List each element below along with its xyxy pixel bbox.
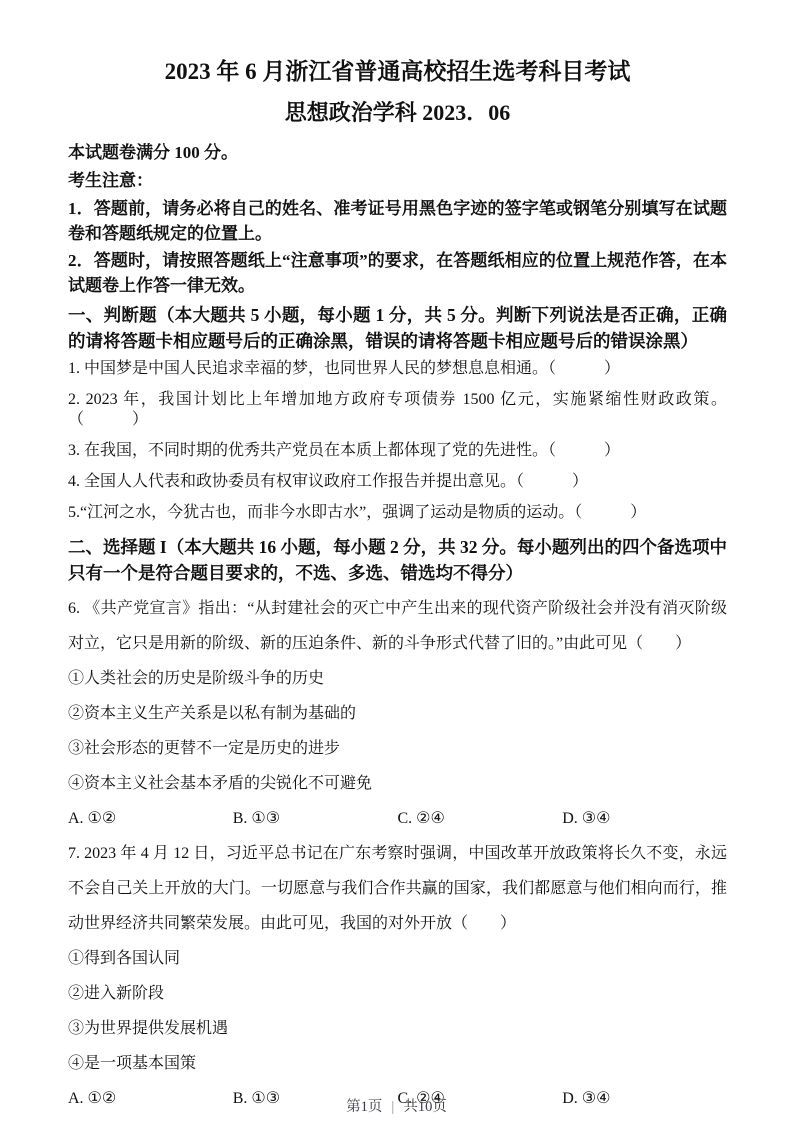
exam-title-line2: 思想政治学科 2023．06 (68, 98, 727, 128)
judgment-question-3: 3. 在我国，不同时期的优秀共产党员在本质上都体现了党的先进性。（ ） (68, 441, 727, 461)
mc-question-6-stem: 6. 《共产党宣言》指出：“从封建社会的灭亡中产生出来的现代资产阶级社会并没有消… (68, 591, 727, 661)
full-score-note: 本试题卷满分 100 分。 (68, 140, 727, 165)
mc-question-7-item-2: ②进入新阶段 (68, 976, 727, 1011)
notice-item-2: 2．答题时，请按照答题纸上“注意事项”的要求，在答题纸相应的位置上规范作答，在本… (68, 248, 727, 298)
choice-section-heading: 二、选择题 I（本大题共 16 小题，每小题 2 分，共 32 分。每小题列出的… (68, 534, 727, 586)
mc-question-6-options: A. ①② B. ①③ C. ②④ D. ③④ (68, 801, 727, 836)
page-number-total: 共10页 (403, 1099, 447, 1115)
mc-question-6-item-4: ④资本主义社会基本矛盾的尖锐化不可避免 (68, 766, 727, 801)
judgment-section-heading: 一、判断题（本大题共 5 小题，每小题 1 分，共 5 分。判断下列说法是否正确… (68, 302, 727, 354)
mc-question-7-item-1: ①得到各国认同 (68, 941, 727, 976)
notice-heading: 考生注意： (68, 168, 727, 193)
judgment-question-5: 5.“江河之水，今犹古也，而非今水即古水”，强调了运动是物质的运动。（ ） (68, 503, 727, 523)
notice-item-1: 1．答题前，请务必将自己的姓名、准考证号用黑色字迹的签字笔或钢笔分别填写在试题卷… (68, 196, 727, 246)
mc-question-6-option-a: A. ①② (68, 801, 233, 836)
exam-title-line1: 2023 年 6 月浙江省普通高校招生选考科目考试 (68, 56, 727, 88)
footer-separator: | (391, 1099, 394, 1115)
page-footer: 第1页|共10页 (0, 1098, 793, 1116)
mc-question-7: 7. 2023 年 4 月 12 日，习近平总书记在广东考察时强调，中国改革开放… (68, 836, 727, 1116)
mc-question-6-option-b: B. ①③ (233, 801, 398, 836)
mc-question-7-item-3: ③为世界提供发展机遇 (68, 1011, 727, 1046)
exam-page: 2023 年 6 月浙江省普通高校招生选考科目考试 思想政治学科 2023．06… (0, 0, 793, 1122)
mc-question-7-stem: 7. 2023 年 4 月 12 日，习近平总书记在广东考察时强调，中国改革开放… (68, 836, 727, 941)
page-number-current: 第1页 (346, 1099, 382, 1115)
judgment-question-1: 1. 中国梦是中国人民追求幸福的梦，也同世界人民的梦想息息相通。（ ） (68, 359, 727, 379)
mc-question-7-item-4: ④是一项基本国策 (68, 1046, 727, 1081)
mc-question-6: 6. 《共产党宣言》指出：“从封建社会的灭亡中产生出来的现代资产阶级社会并没有消… (68, 591, 727, 836)
mc-question-6-option-d: D. ③④ (562, 801, 727, 836)
mc-question-6-item-1: ①人类社会的历史是阶级斗争的历史 (68, 661, 727, 696)
mc-question-6-item-2: ②资本主义生产关系是以私有制为基础的 (68, 696, 727, 731)
mc-question-6-option-c: C. ②④ (398, 801, 563, 836)
judgment-question-4: 4. 全国人人代表和政协委员有权审议政府工作报告并提出意见。（ ） (68, 472, 727, 492)
mc-question-6-item-3: ③社会形态的更替不一定是历史的进步 (68, 731, 727, 766)
judgment-question-2: 2. 2023 年，我国计划比上年增加地方政府专项债券 1500 亿元，实施紧缩… (68, 390, 727, 430)
